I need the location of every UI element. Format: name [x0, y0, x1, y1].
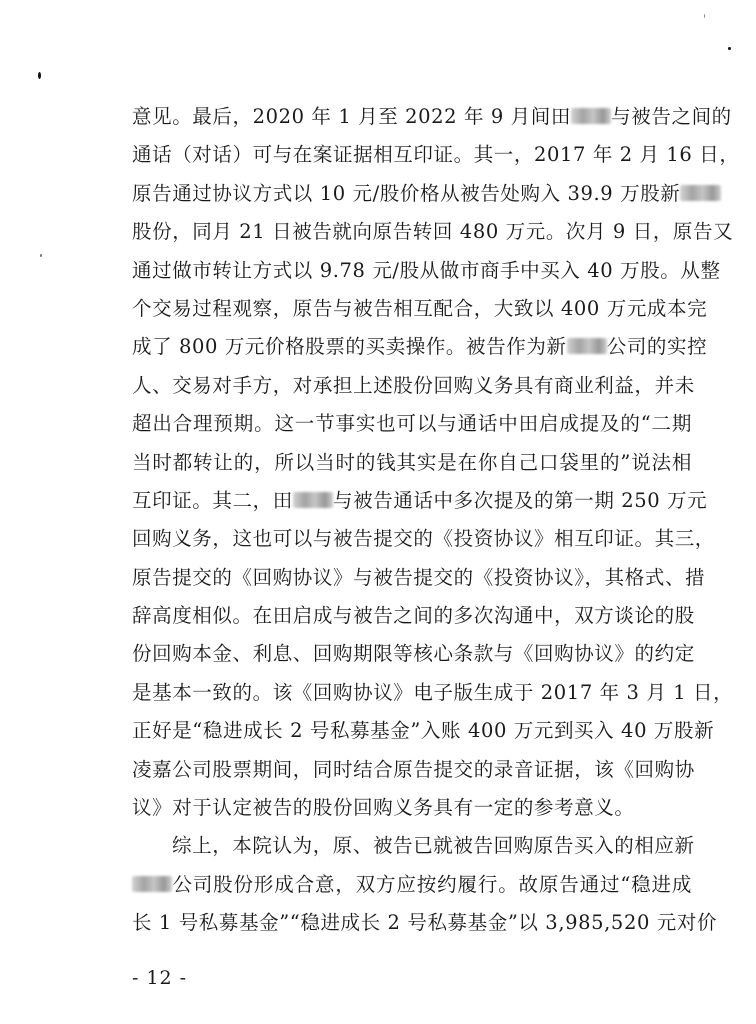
text-run: 超出合理预期。这一节事实也可以与通话中田启成提及的“二期: [132, 412, 692, 435]
text-line: 超出合理预期。这一节事实也可以与通话中田启成提及的“二期: [132, 405, 692, 443]
text-run: 意见。最后，2020 年 1 月至 2022 年 9 月间田: [132, 105, 571, 128]
page-number: - 12 -: [132, 967, 187, 989]
text-line: 辞高度相似。在田启成与被告之间的多次沟通中，双方谈论的股: [132, 597, 692, 635]
text-run: 互印证。其二，田: [132, 489, 293, 512]
text-run: 原告通过协议方式以 10 元/股价格从被告处购入 39.9 万股新: [132, 182, 680, 205]
text-run: 通过做市转让方式以 9.78 元/股从做市商手中买入 40 万股。从整: [132, 259, 721, 282]
text-run: 长 1 号私募基金”“稳进成长 2 号私募基金”以 3,985,520 元对价: [132, 911, 717, 934]
redacted-name: 凌嘉: [132, 876, 172, 892]
text-line: 通过做市转让方式以 9.78 元/股从做市商手中买入 40 万股。从整: [132, 252, 692, 290]
text-line: 原告提交的《回购协议》与被告提交的《投资协议》，其格式、措: [132, 559, 692, 597]
text-line: 个交易过程观察，原告与被告相互配合，大致以 400 万元成本完: [132, 290, 692, 328]
text-run: 公司股份形成合意，双方应按约履行。故原告通过“稳进成: [172, 873, 692, 896]
text-run: 与被告通话中多次提及的第一期 250 万元: [333, 489, 707, 512]
text-run: 是基本一致的。该《回购协议》电子版生成于 2017 年 3 月 1 日，: [132, 681, 733, 704]
text-run: 与被告之间的: [611, 105, 732, 128]
text-line: 通话（对话）可与在案证据相互印证。其一，2017 年 2 月 16 日，: [132, 136, 692, 174]
text-line: 议》对于认定被告的股份回购义务具有一定的参考意义。: [132, 789, 692, 827]
text-run: 人、交易对手方，对承担上述股份回购义务具有商业利益，并未: [132, 374, 695, 397]
text-line: 凌嘉公司股份形成合意，双方应按约履行。故原告通过“稳进成: [132, 866, 692, 904]
scan-speck: [40, 254, 42, 257]
scan-speck: [38, 72, 41, 79]
text-run: 综上，本院认为，原、被告已就被告回购原告买入的相应新: [172, 834, 695, 857]
text-run: 通话（对话）可与在案证据相互印证。其一，2017 年 2 月 16 日，: [132, 143, 739, 166]
redacted-name: 启成: [571, 108, 611, 124]
text-run: 正好是“稳进成长 2 号私募基金”入账 400 万元到买入 40 万股新: [132, 719, 714, 742]
document-page: 意见。最后，2020 年 1 月至 2022 年 9 月间田启成与被告之间的通话…: [0, 0, 756, 1024]
scan-speck: [704, 14, 705, 18]
text-run: 辞高度相似。在田启成与被告之间的多次沟通中，双方谈论的股: [132, 604, 695, 627]
text-line: 凌嘉公司股票期间，同时结合原告提交的录音证据，该《回购协: [132, 751, 692, 789]
redacted-name: 凌嘉: [567, 338, 607, 354]
text-run: 股份，同月 21 日被告就向原告转回 480 万元。次月 9 日，原告又: [132, 220, 733, 243]
text-line: 是基本一致的。该《回购协议》电子版生成于 2017 年 3 月 1 日，: [132, 674, 692, 712]
text-run: 成了 800 万元价格股票的买卖操作。被告作为新: [132, 335, 567, 358]
text-run: 回购义务，这也可以与被告提交的《投资协议》相互印证。其三，: [132, 527, 715, 550]
redacted-name: 启成: [293, 492, 333, 508]
scan-speck: [728, 47, 731, 50]
text-run: 个交易过程观察，原告与被告相互配合，大致以 400 万元成本完: [132, 297, 707, 320]
judgment-body-text: 意见。最后，2020 年 1 月至 2022 年 9 月间田启成与被告之间的通话…: [132, 98, 692, 943]
text-line: 正好是“稳进成长 2 号私募基金”入账 400 万元到买入 40 万股新: [132, 712, 692, 750]
text-line: 份回购本金、利息、回购期限等核心条款与《回购协议》的约定: [132, 635, 692, 673]
text-line: 成了 800 万元价格股票的买卖操作。被告作为新凌嘉公司的实控: [132, 328, 692, 366]
text-run: 公司的实控: [607, 335, 708, 358]
text-line: 回购义务，这也可以与被告提交的《投资协议》相互印证。其三，: [132, 520, 692, 558]
text-line: 综上，本院认为，原、被告已就被告回购原告买入的相应新: [132, 827, 692, 865]
text-line: 互印证。其二，田启成与被告通话中多次提及的第一期 250 万元: [132, 482, 692, 520]
text-line: 原告通过协议方式以 10 元/股价格从被告处购入 39.9 万股新凌嘉: [132, 175, 692, 213]
text-run: 凌嘉公司股票期间，同时结合原告提交的录音证据，该《回购协: [132, 758, 695, 781]
text-run: 份回购本金、利息、回购期限等核心条款与《回购协议》的约定: [132, 642, 695, 665]
text-run: 议》对于认定被告的股份回购义务具有一定的参考意义。: [132, 796, 635, 819]
redacted-name: 凌嘉: [680, 185, 720, 201]
text-line: 长 1 号私募基金”“稳进成长 2 号私募基金”以 3,985,520 元对价: [132, 904, 692, 942]
text-line: 人、交易对手方，对承担上述股份回购义务具有商业利益，并未: [132, 367, 692, 405]
text-line: 股份，同月 21 日被告就向原告转回 480 万元。次月 9 日，原告又: [132, 213, 692, 251]
text-line: 意见。最后，2020 年 1 月至 2022 年 9 月间田启成与被告之间的: [132, 98, 692, 136]
text-line: 当时都转让的，所以当时的钱其实是在你自己口袋里的”说法相: [132, 444, 692, 482]
text-run: 原告提交的《回购协议》与被告提交的《投资协议》，其格式、措: [132, 566, 705, 589]
text-run: 当时都转让的，所以当时的钱其实是在你自己口袋里的”说法相: [132, 451, 692, 474]
